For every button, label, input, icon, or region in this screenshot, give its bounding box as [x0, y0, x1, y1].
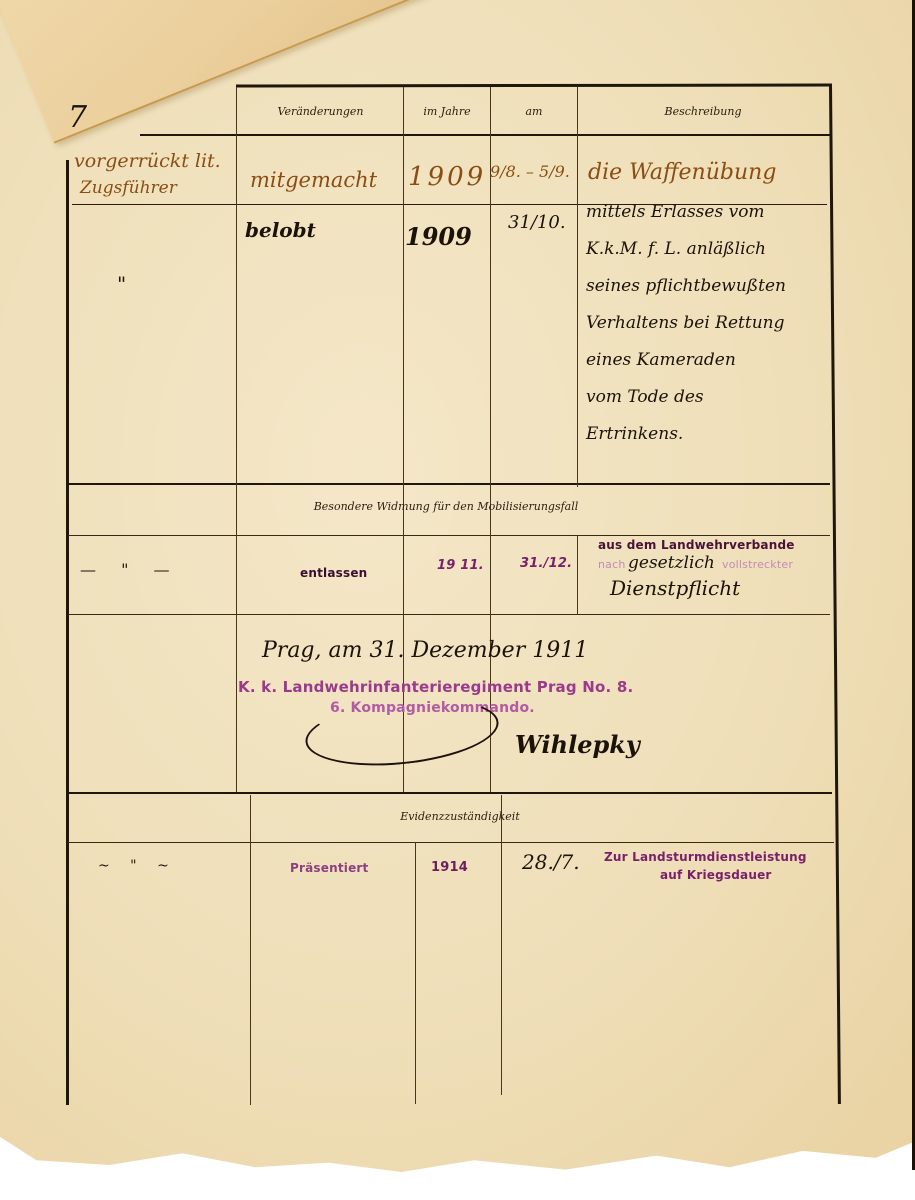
- col-divider-2b: [415, 842, 416, 1104]
- header-rule: [140, 134, 830, 136]
- row1-rank-line1: vorgerrückt lit.: [74, 150, 221, 172]
- mobilization-desc-line1: aus dem Landwehrverbande: [598, 538, 795, 552]
- header-im-jahre: im Jahre: [404, 105, 490, 118]
- evidence-change-stamp: Präsentiert: [290, 861, 368, 875]
- row2-desc-line: vom Tode des: [586, 387, 831, 424]
- row2-desc-line: K.k.M. f. L. anläßlich: [586, 239, 831, 276]
- signature-block-rule: [68, 792, 832, 794]
- row2-date: 31/10.: [508, 212, 566, 233]
- mobilization-ditto: — " —: [80, 560, 180, 579]
- row1-change: mitgemacht: [250, 168, 377, 192]
- row2-ditto: ": [117, 272, 126, 296]
- mobilization-header-rule: [68, 535, 830, 536]
- regiment-stamp-line1: K. k. Landwehrinfanterieregiment Prag No…: [238, 678, 633, 696]
- header-veranderungen: Veränderungen: [238, 105, 403, 118]
- mobilization-date-stamp: 31./12.: [520, 556, 572, 571]
- row2-description: mittels Erlasses vom K.k.M. f. L. anläßl…: [586, 202, 831, 461]
- header-beschreibung: Beschreibung: [578, 105, 828, 118]
- header-am: am: [491, 105, 577, 118]
- mobilization-year-stamp: 19 11.: [437, 558, 484, 573]
- mobilization-desc-prefix: nach: [598, 558, 626, 571]
- evidence-year-stamp: 1914: [431, 860, 468, 875]
- mobilization-desc-line3: Dienstpflicht: [610, 576, 740, 600]
- page-marker: 7: [68, 100, 87, 135]
- row1-description: die Waffenübung: [588, 160, 776, 185]
- evidence-header-rule: [68, 842, 834, 843]
- evidence-date: 28./7.: [522, 850, 580, 874]
- row1-date: 9/8. – 5/9.: [490, 162, 570, 181]
- evidence-section-title: Evidenzzuständigkeit: [250, 810, 670, 823]
- mobilization-row-rule: [68, 614, 830, 615]
- mobilization-desc-hand: gesetzlich: [628, 553, 715, 573]
- row2-change: belobt: [245, 218, 316, 242]
- mobilization-change-stamp: entlassen: [300, 566, 367, 580]
- table-left-border: [66, 160, 69, 1105]
- col-divider-4: [577, 87, 578, 487]
- mobilization-section-title: Besondere Widmung für den Mobilisierungs…: [236, 500, 656, 513]
- row2-desc-line: eines Kameraden: [586, 350, 831, 387]
- col-divider-1: [236, 87, 237, 792]
- row1-year: 1909: [408, 162, 486, 192]
- place-date: Prag, am 31. Dezember 1911: [262, 638, 588, 663]
- col-divider-3b: [501, 795, 502, 1095]
- row2-rule: [68, 483, 830, 485]
- mobilization-desc-suffix: vollstreckter: [722, 558, 793, 571]
- row2-desc-line: Verhaltens bei Rettung: [586, 313, 831, 350]
- col-divider-1b: [250, 795, 251, 1105]
- evidence-desc-line2: auf Kriegsdauer: [660, 868, 772, 882]
- col-divider-4b: [577, 535, 578, 615]
- evidence-desc-line1: Zur Landsturmdienstleistung: [604, 850, 807, 864]
- row2-desc-line: seines pflichtbewußten: [586, 276, 831, 313]
- row2-desc-line: mittels Erlasses vom: [586, 202, 831, 239]
- row2-desc-line: Ertrinkens.: [586, 424, 831, 461]
- row2-year: 1909: [405, 222, 472, 251]
- row1-rank-line2: Zugsführer: [80, 178, 177, 198]
- evidence-ditto: ~ " ~: [98, 858, 177, 874]
- officer-signature: Wihlepky: [515, 730, 640, 759]
